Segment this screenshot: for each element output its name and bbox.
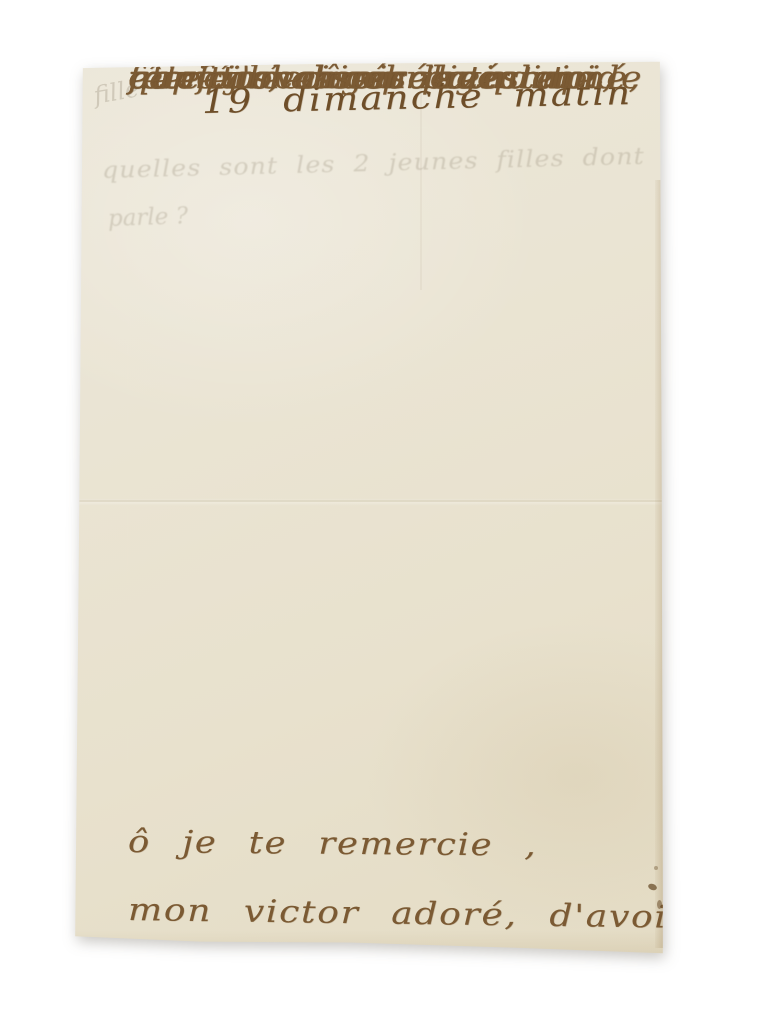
ink-fleck — [654, 866, 658, 870]
scanned-letter-scene: fille quelles sont les 2 jeunes filles d… — [0, 0, 768, 1024]
pencil-question-line-1: quelles sont les 2 jeunes filles dont el… — [102, 142, 714, 184]
paper-shadow-wrap: fille quelles sont les 2 jeunes filles d… — [0, 0, 768, 1024]
paper-right-edge-shade — [655, 180, 664, 948]
ink-fleck — [657, 900, 662, 909]
manuscript-line: ô je te remercie , — [128, 824, 538, 864]
manuscript-line: fête une soirée qui — [128, 60, 543, 96]
pencil-question-line-2: parle ? — [108, 203, 189, 232]
letter-paper: fille quelles sont les 2 jeunes filles d… — [74, 60, 664, 956]
paper-crease-horizontal — [74, 500, 664, 502]
